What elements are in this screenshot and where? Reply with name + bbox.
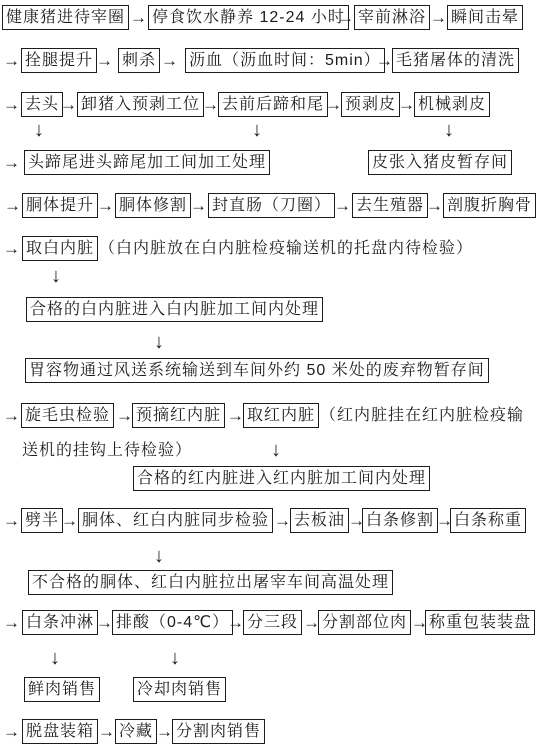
flow-step-box: 冷藏 [115,719,157,744]
flow-step-box: 白条修割 [362,508,438,533]
flow-step-box: 不合格的胴体、红白内脏拉出屠宰车间高温处理 [28,570,393,595]
right-arrow-icon: → [98,719,115,744]
right-arrow-icon: → [116,403,133,428]
flow-step-box: 卸猪入预剥工位 [77,92,204,117]
down-arrow-icon: ↓ [252,118,262,142]
flow-step-box: 合格的白内脏进入白内脏加工间内处理 [26,297,323,322]
flow-step-box: 机械剥皮 [414,92,490,117]
flow-step-box: 白条冲淋 [22,610,98,635]
right-arrow-icon: → [156,719,173,744]
right-arrow-icon: → [3,508,20,533]
down-arrow-icon: ↓ [170,646,180,670]
flow-step-box: 去板油 [290,508,349,533]
flow-step-box: 去前后蹄和尾 [218,92,328,117]
right-arrow-icon: → [398,92,415,117]
flow-step-box: 头蹄尾进头蹄尾加工间加工处理 [24,150,270,175]
right-arrow-icon: → [3,236,20,261]
right-arrow-icon: → [161,48,178,73]
right-arrow-icon: → [337,5,354,30]
flow-step-box: 毛猪屠体的清洗 [392,48,519,73]
flow-step-box: 鲜肉销售 [24,677,100,702]
right-arrow-icon: → [96,48,113,73]
right-arrow-icon: → [190,193,207,218]
right-arrow-icon: → [3,610,20,635]
flow-note-text: （白内脏放在白内脏检疫输送机的托盘内待检验） [99,236,473,261]
flow-step-box: 分割肉销售 [172,719,265,744]
flow-step-box: 劈半 [21,508,63,533]
right-arrow-icon: → [274,508,291,533]
flow-step-box: 脱盘装箱 [22,719,98,744]
flow-step-box: 沥血（沥血时间：5min） [185,48,385,73]
flow-note-text: （红内脏挂在红内脏检疫输 [320,403,524,428]
down-arrow-icon: ↓ [271,438,281,462]
right-arrow-icon: → [227,610,244,635]
right-arrow-icon: → [96,610,113,635]
right-arrow-icon: → [430,5,447,30]
right-arrow-icon: → [61,508,78,533]
right-arrow-icon: → [130,5,147,30]
right-arrow-icon: → [3,48,20,73]
flow-step-box: 白条称重 [450,508,526,533]
flow-step-box: 去头 [21,92,63,117]
right-arrow-icon: → [334,193,351,218]
right-arrow-icon: → [227,403,244,428]
flow-step-box: 取白内脏 [22,236,98,261]
flow-step-box: 皮张入猪皮暂存间 [368,150,512,175]
right-arrow-icon: → [4,193,21,218]
flow-step-box: 预摘红内脏 [132,403,225,428]
right-arrow-icon: → [3,92,20,117]
flow-step-box: 拴腿提升 [21,48,97,73]
right-arrow-icon: → [325,92,342,117]
down-arrow-icon: ↓ [154,544,164,568]
flow-step-box: 取红内脏 [243,403,319,428]
flow-note-text: 送机的挂钩上待检验） [22,438,192,463]
flow-step-box: 胴体、红白内脏同步检验 [78,508,273,533]
flow-step-box: 去生殖器 [352,193,428,218]
flow-step-box: 称重包装装盘 [425,610,535,635]
flow-step-box: 胃容物通过风送系统输送到车间外约 50 米处的废弃物暂存间 [25,358,489,383]
right-arrow-icon: → [3,403,20,428]
down-arrow-icon: ↓ [34,118,44,142]
right-arrow-icon: → [202,92,219,117]
flow-step-box: 封直肠（刀圈） [208,193,335,218]
down-arrow-icon: ↓ [51,264,61,288]
flow-step-box: 宰前淋浴 [354,5,430,30]
flow-step-box: 分三段 [243,610,302,635]
right-arrow-icon: → [376,48,393,73]
down-arrow-icon: ↓ [50,646,60,670]
flow-step-box: 停食饮水静养 12-24 小时 [148,5,349,30]
down-arrow-icon: ↓ [154,330,164,354]
right-arrow-icon: → [97,193,114,218]
flow-step-box: 剖腹折胸骨 [443,193,536,218]
flow-step-box: 排酸（0-4℃） [112,610,233,635]
right-arrow-icon: → [3,150,20,175]
flow-step-box: 胴体提升 [22,193,98,218]
flow-step-box: 预剥皮 [341,92,400,117]
right-arrow-icon: → [60,92,77,117]
flow-step-box: 胴体修割 [115,193,191,218]
right-arrow-icon: → [3,719,20,744]
flow-step-box: 旋毛虫检验 [21,403,114,428]
flow-step-box: 健康猪进待宰圈 [2,5,129,30]
flow-step-box: 瞬间击晕 [447,5,523,30]
flow-step-box: 分割部位肉 [318,610,411,635]
slaughter-process-flowchart: 健康猪进待宰圈→停食饮水静养 12-24 小时→宰前淋浴→瞬间击晕→拴腿提升→刺… [0,0,540,751]
flow-step-box: 合格的红内脏进入红内脏加工间内处理 [133,466,430,491]
right-arrow-icon: → [426,193,443,218]
flow-step-box: 刺杀 [118,48,160,73]
flow-step-box: 冷却肉销售 [133,677,226,702]
down-arrow-icon: ↓ [444,118,454,142]
